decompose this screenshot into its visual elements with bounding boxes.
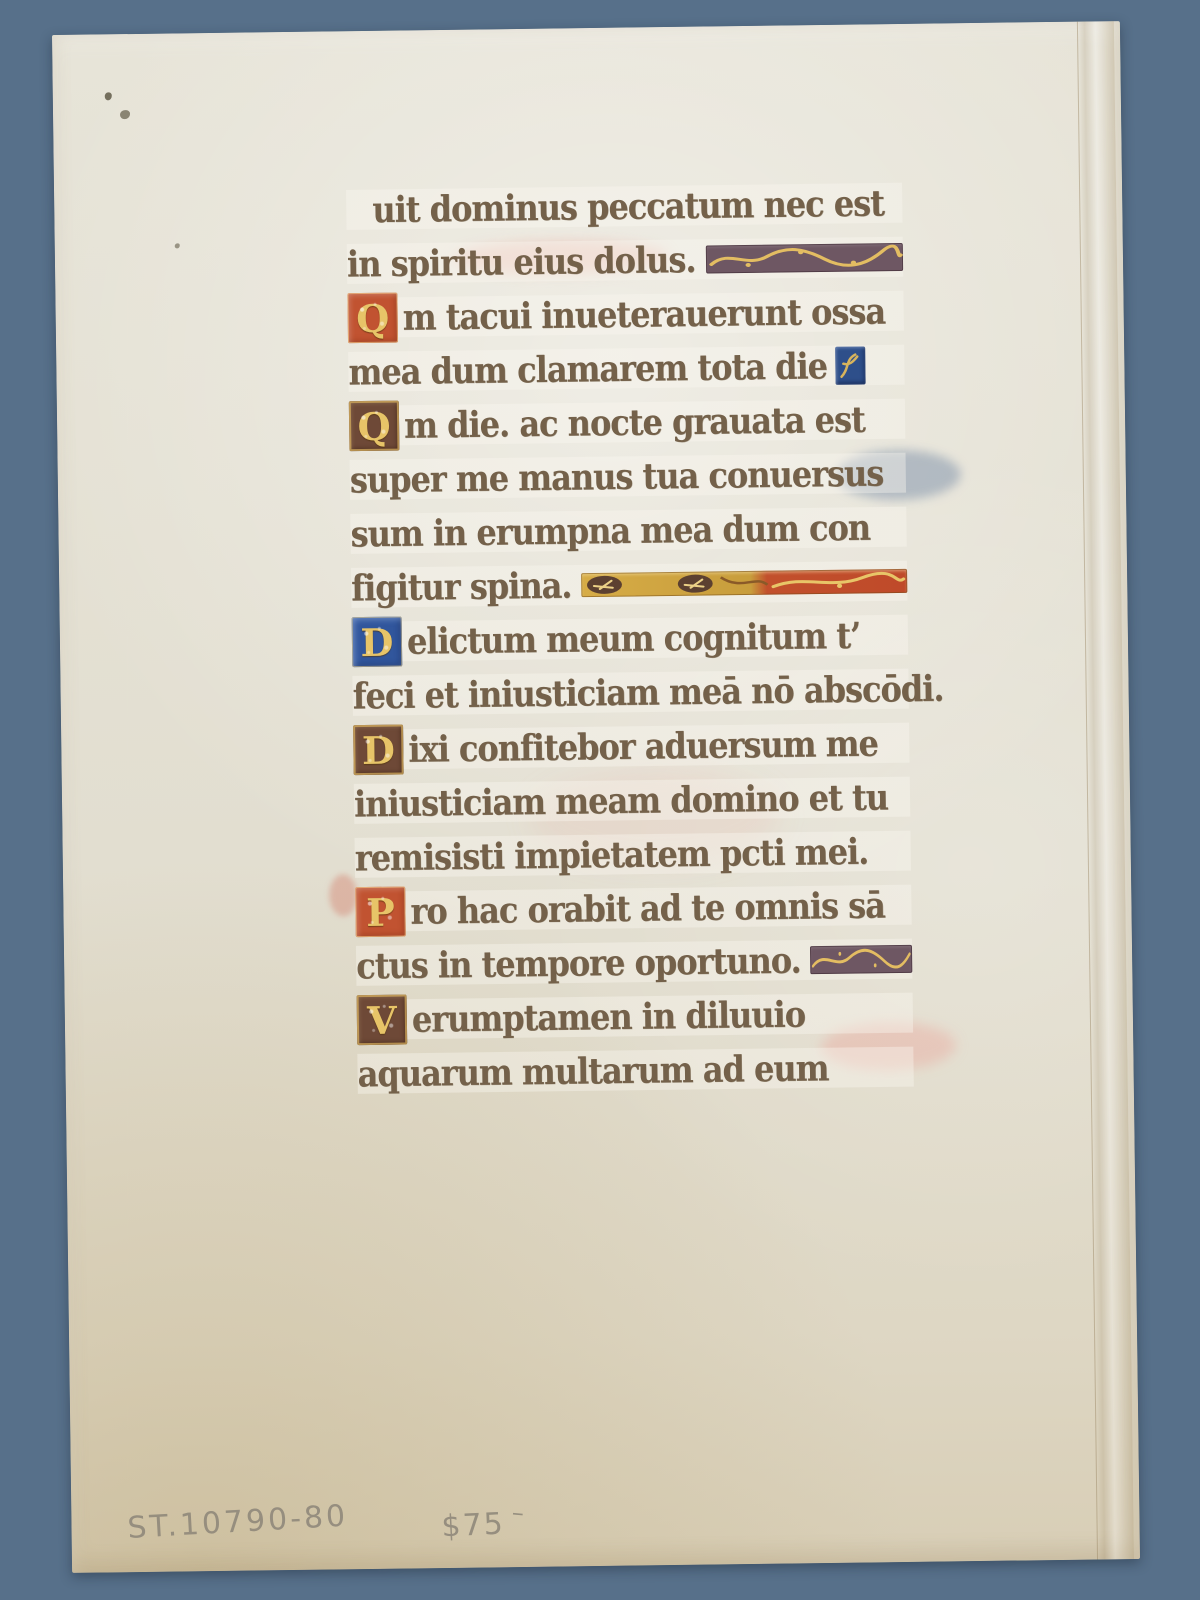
pencil-price: $75– [441, 1506, 528, 1545]
line-filler-ornament [835, 346, 865, 384]
illuminated-initial: Q [349, 401, 400, 452]
line-text: m die. ac nocte grauata est [404, 398, 865, 447]
manuscript-line: Q m die. ac nocte grauata est [349, 392, 906, 453]
ink-spot [175, 243, 180, 248]
line-filler-ornament [705, 243, 903, 274]
ink-spot [120, 110, 130, 119]
line-text: ctus in tempore oportuno. [356, 939, 801, 987]
pencil-inventory-number: ST.10790-80 [127, 1499, 349, 1546]
manuscript-line: mea dum clamarem tota die [348, 338, 905, 399]
manuscript-line: aquarum multarum ad eum [357, 1040, 914, 1101]
manuscript-line: D ixi confitebor aduersum me [353, 716, 910, 777]
line-text: sum in erumpna mea dum con [350, 506, 870, 555]
line-text: aquarum multarum ad eum [357, 1047, 828, 1096]
manuscript-line: sum in erumpna mea dum con [350, 500, 907, 561]
illuminated-initial: V [357, 994, 408, 1045]
manuscript-leaf: uit dominus peccatum nec est in spiritu … [52, 21, 1140, 1573]
line-text: iniusticiam meam domino et tu [354, 776, 888, 826]
right-edge-fold [1077, 21, 1134, 1559]
manuscript-line: Q m tacui inueterauerunt ossa [347, 284, 904, 345]
red-offset-smudge [329, 874, 358, 916]
manuscript-line: remisisti impietatem pcti mei. [354, 824, 911, 885]
price-value: $75 [441, 1507, 506, 1545]
manuscript-line: uit dominus peccatum nec est [346, 176, 903, 237]
line-text: mea dum clamarem tota die [348, 345, 827, 394]
manuscript-line: P ro hac orabit ad te omnis sā [355, 878, 912, 939]
illuminated-initial: D [353, 725, 404, 776]
manuscript-line: D elictum meum cognitum t’ [352, 608, 909, 669]
price-tick: – [511, 1498, 528, 1527]
manuscript-line: feci et iniusticiam meā nō abscōdi. [352, 662, 909, 723]
photograph-of-manuscript-leaf: { "page": { "background_color": "#57708a… [0, 0, 1200, 1600]
line-text: in spiritu eius dolus. [347, 238, 696, 285]
illuminated-initial: D [352, 617, 403, 668]
line-text: uit dominus peccatum nec est [372, 182, 884, 231]
line-text: ixi confitebor aduersum me [408, 722, 878, 771]
line-text: m tacui inueterauerunt ossa [402, 290, 885, 339]
text-block: uit dominus peccatum nec est in spiritu … [346, 176, 914, 1101]
line-text: elictum meum cognitum t’ [407, 614, 861, 662]
manuscript-line: super me manus tua conuersus [349, 446, 906, 507]
illuminated-initial: Q [347, 293, 398, 344]
line-text: super me manus tua conuersus [350, 452, 884, 502]
line-text: ro hac orabit ad te omnis sā [410, 884, 885, 933]
line-text: feci et iniusticiam meā nō abscōdi. [352, 667, 943, 717]
manuscript-line: figitur spina. [351, 554, 908, 615]
line-text: erumptamen in diluuio [412, 993, 806, 1041]
manuscript-line: in spiritu eius dolus. [347, 230, 904, 291]
line-filler-ornament [581, 569, 907, 597]
manuscript-line: V erumptamen in diluuio [357, 986, 914, 1047]
manuscript-line: ctus in tempore oportuno. [356, 932, 913, 993]
line-text: figitur spina. [351, 564, 572, 609]
line-filler-ornament [810, 945, 912, 974]
manuscript-line: iniusticiam meam domino et tu [354, 770, 911, 831]
ink-spot [105, 92, 112, 100]
line-text: remisisti impietatem pcti mei. [355, 830, 869, 879]
illuminated-initial: P [355, 887, 406, 938]
